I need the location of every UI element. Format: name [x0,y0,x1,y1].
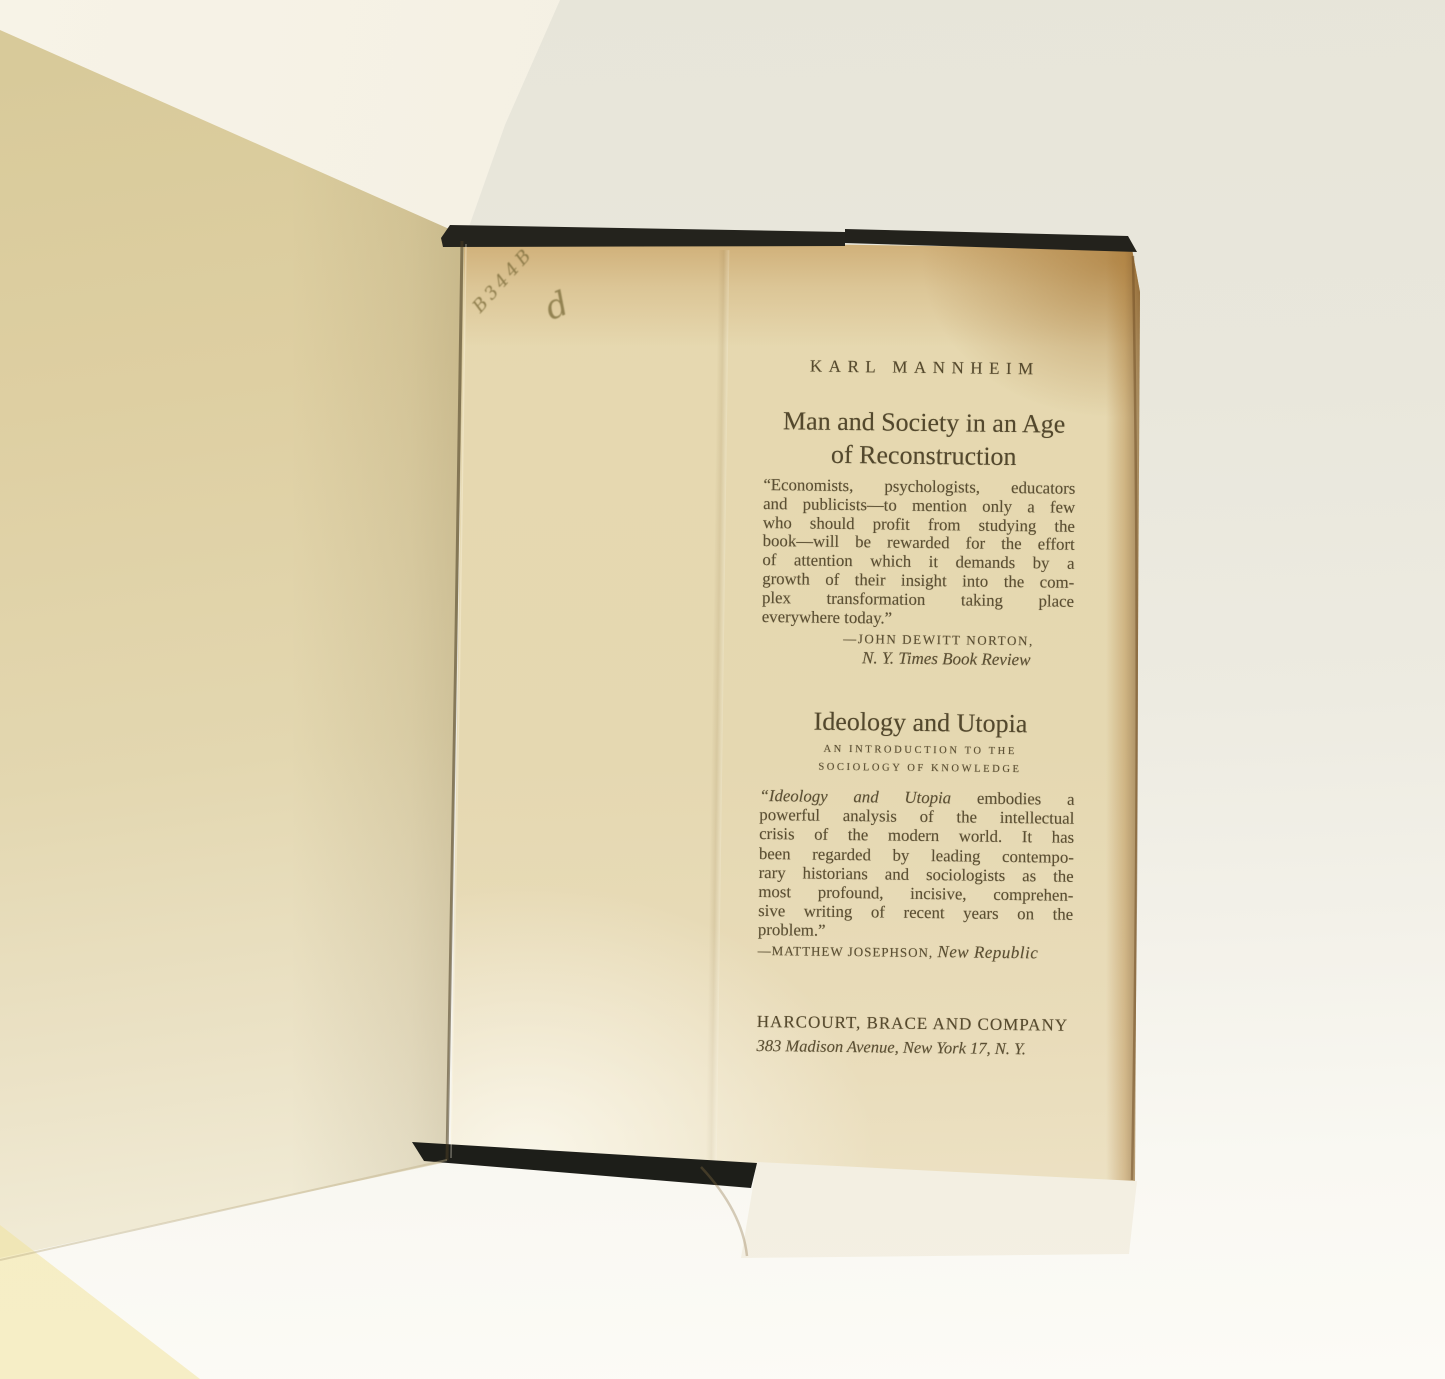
title-line: of Reconstruction [764,437,1084,474]
publisher-address: 383 Madison Avenue, New York 17, N. Y. [756,1036,1076,1060]
book-title-ideology-and-utopia: Ideology and Utopia [760,706,1080,740]
dust-jacket-flap-text: KARL MANNHEIM Man and Society in an Age … [756,354,1085,1103]
subtitle-line: SOCIOLOGY OF KNOWLEDGE [760,761,1080,776]
book-photo: B344B d KARL MANNHEIM Man and Society in… [0,0,1445,1379]
reviewer-2: —MATTHEW JOSEPHSON, New Republic [758,940,1078,964]
review-quote-2: “Ideology and Utopia embodies a powerful… [758,786,1075,943]
italic-book-title: “Ideology and Utopia [759,786,951,807]
review-quote-1: “Economists, psychologists, educators an… [762,476,1076,630]
publisher-name: HARCOURT, BRACE AND COMPANY [757,1012,1077,1036]
subtitle-line: AN INTRODUCTION TO THE [760,743,1080,758]
spine-shadow [290,140,475,1220]
reviewer-2-name: —MATTHEW JOSEPHSON, [758,943,934,960]
flap-fold-crease [701,1167,747,1256]
quote-line: everywhere today.” [762,608,1074,631]
reviewer-1-source: N. Y. Times Book Review [761,647,1081,671]
author-name: KARL MANNHEIM [765,356,1085,380]
page-right-edge-toning [1106,245,1140,1185]
book-title-man-and-society: Man and Society in an Age of Reconstruct… [764,404,1085,474]
reviewer-2-source: New Republic [937,942,1038,962]
quote-text: embodies a [977,789,1075,809]
title-line: Man and Society in an Age [764,404,1084,441]
